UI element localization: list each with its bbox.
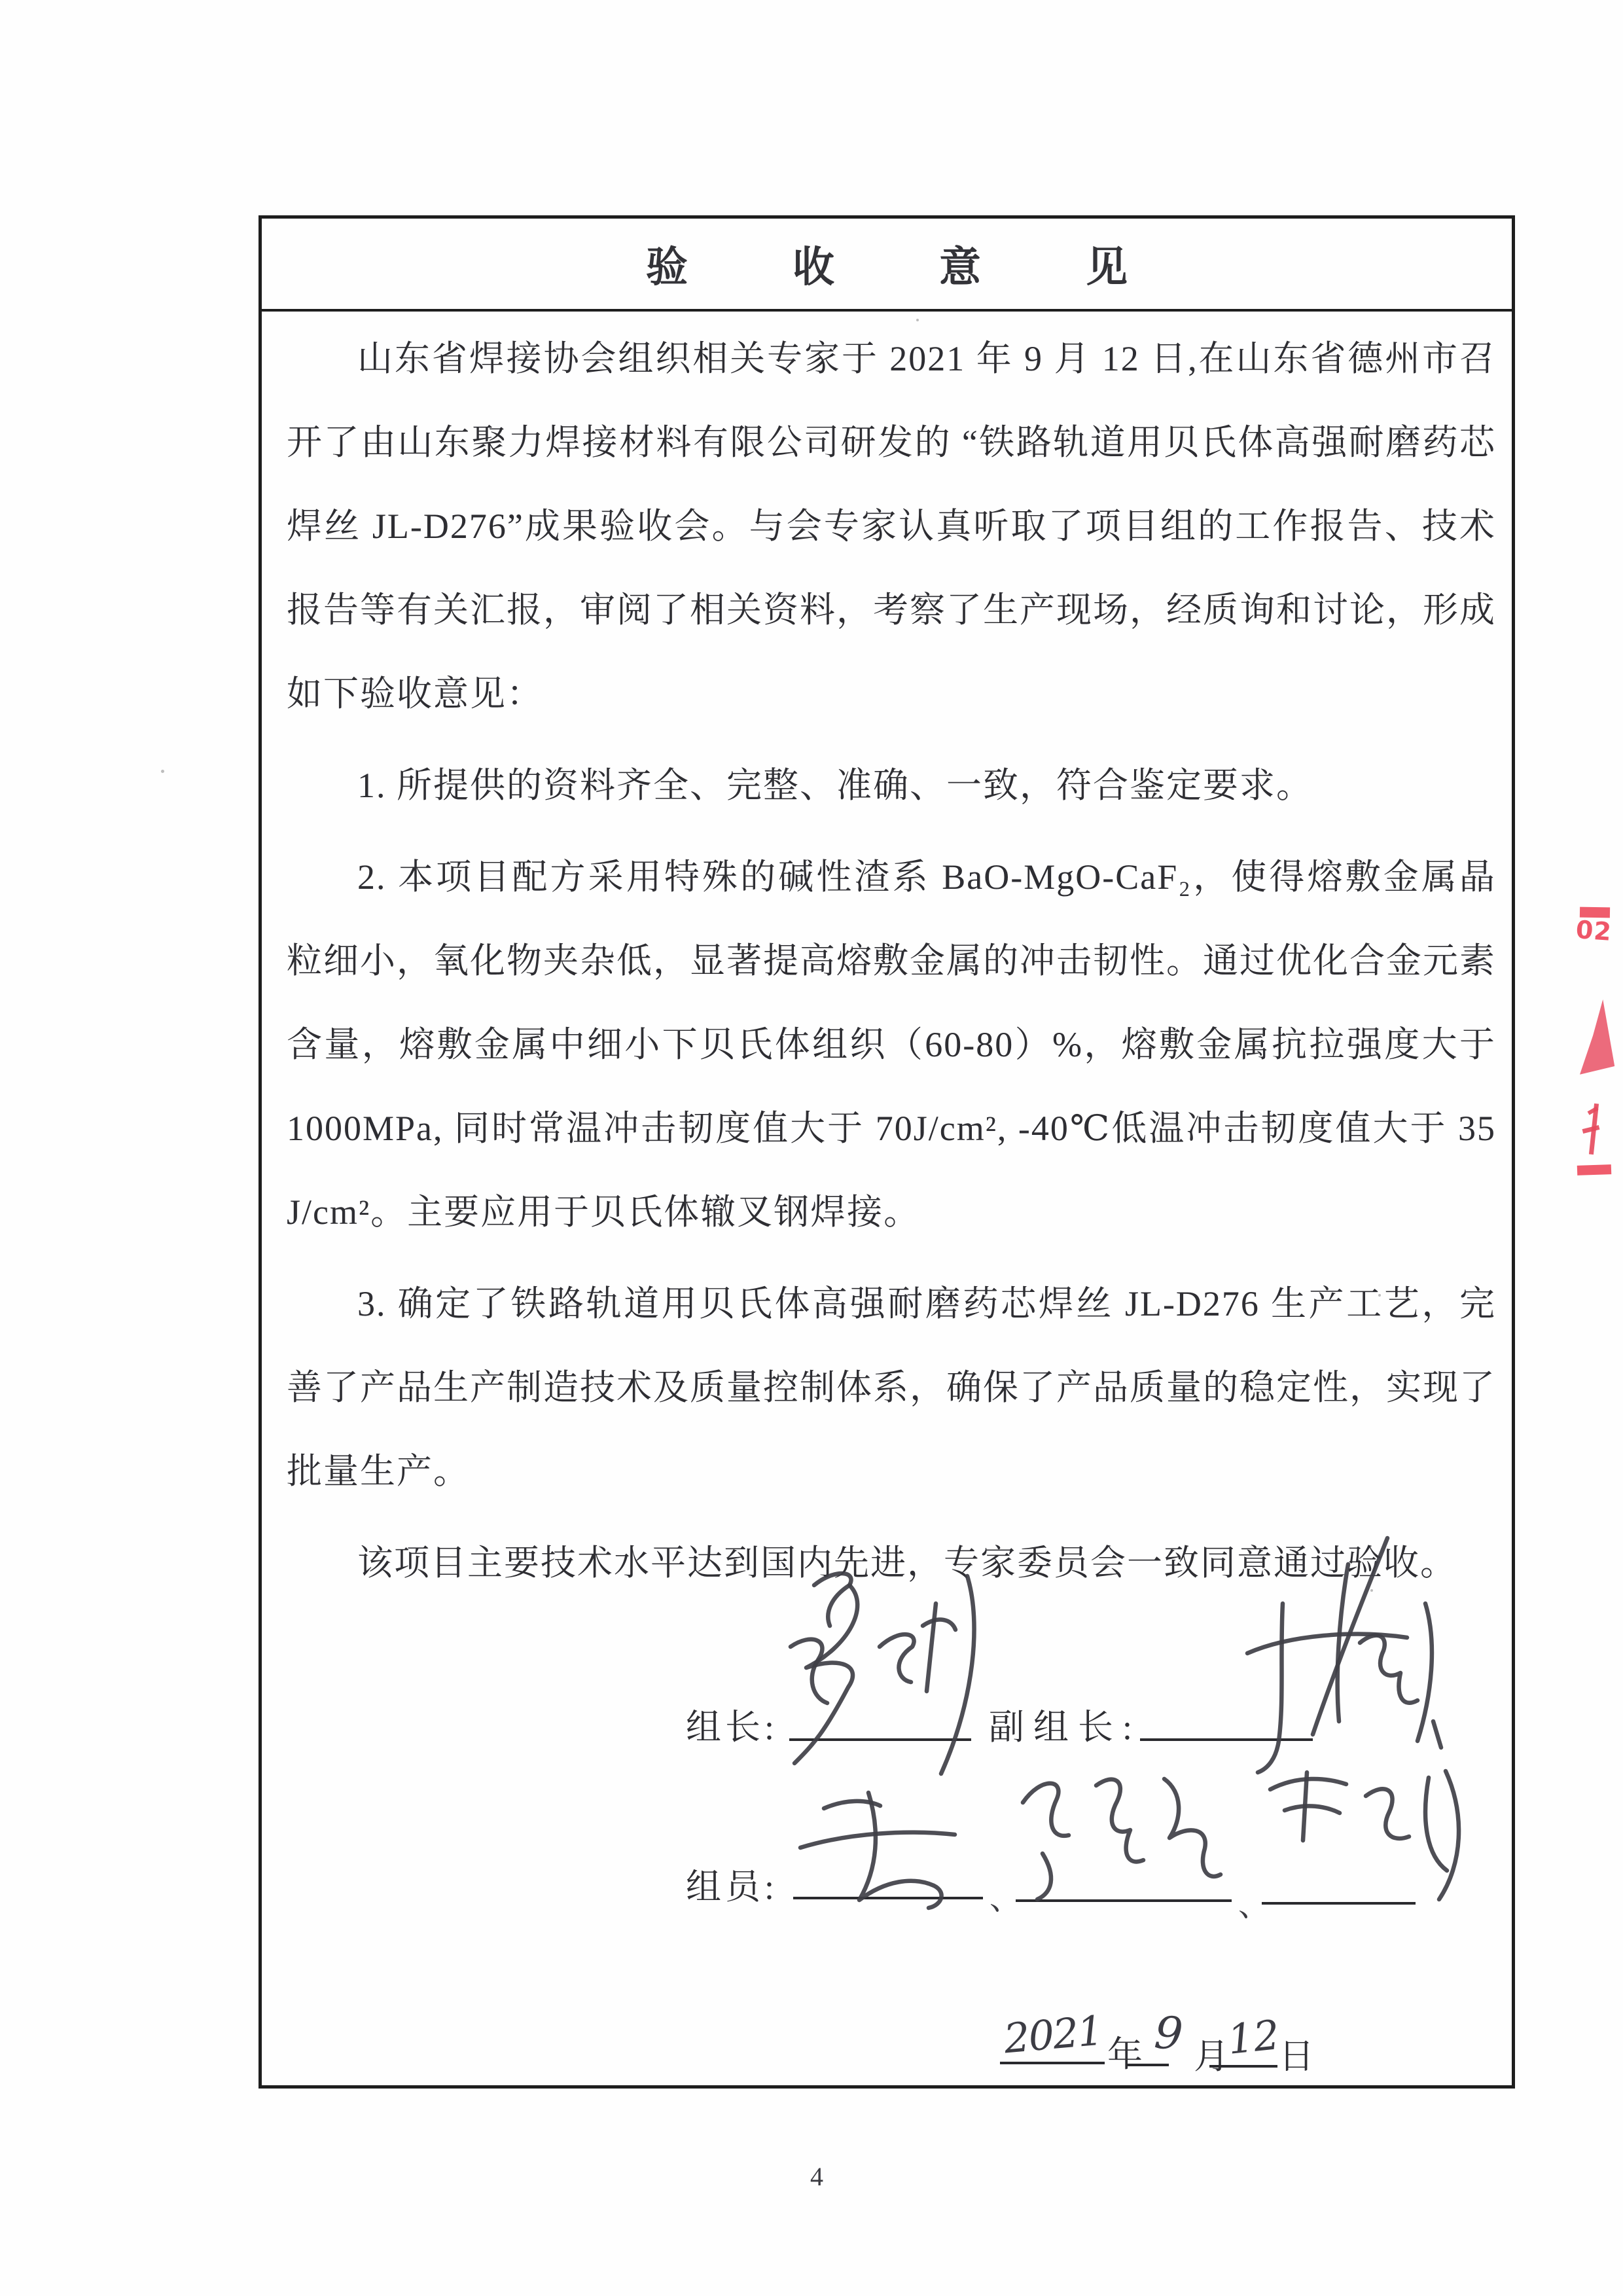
- deputy-signature: [1185, 1525, 1459, 1780]
- date-month-label: 月: [1194, 2028, 1229, 2079]
- members-label: 组员:: [686, 1859, 778, 1909]
- stamp-fragment-code: 02: [1575, 915, 1613, 946]
- member-signature-3: [1247, 1754, 1463, 1914]
- member-signature-1: [782, 1770, 985, 1911]
- date-day-line: [1209, 2065, 1277, 2068]
- deputy-leader-label: 副组长:: [989, 1699, 1141, 1749]
- paragraph-item-3: 3. 确定了铁路轨道用贝氏体高强耐磨药芯焊丝 JL-D276 生产工艺，完善了产…: [287, 1262, 1496, 1513]
- scanned-document-page: 验收意见 山东省焊接协会组织相关专家于 2021 年 9 月 12 日,在山东省…: [0, 0, 1623, 2296]
- title-band: 验收意见: [262, 219, 1512, 312]
- scan-speck: [161, 770, 164, 773]
- paragraph-item-2: 2. 本项目配方采用特殊的碱性渣系 BaO-MgO-CaF₂，使得熔敷金属晶粒细…: [287, 835, 1496, 1254]
- page-number: 4: [810, 2161, 823, 2192]
- member-signature-2: [1005, 1761, 1221, 1914]
- body-content: 山东省焊接协会组织相关专家于 2021 年 9 月 12 日,在山东省德州市召开…: [262, 312, 1512, 1605]
- date-year-label: 年: [1107, 2026, 1143, 2077]
- stamp-fragment-glyph: [1582, 1103, 1605, 1158]
- leader-signature: [751, 1563, 987, 1779]
- stamp-fragment-bar-bottom: [1577, 1164, 1611, 1175]
- date-month-handwritten: 9: [1152, 2007, 1185, 2061]
- scan-speck: [916, 319, 919, 321]
- paragraph-intro: 山东省焊接协会组织相关专家于 2021 年 9 月 12 日,在山东省德州市召开…: [287, 317, 1496, 736]
- date-day-label: 日: [1279, 2028, 1314, 2079]
- stamp-fragment-arrow: [1575, 999, 1615, 1074]
- date-year-line: [1000, 2062, 1105, 2064]
- page-title: 验收意见: [646, 234, 1232, 294]
- date-day-handwritten: 12: [1225, 2011, 1281, 2064]
- scan-speck: [1370, 1589, 1373, 1592]
- date-month-line: [1126, 2064, 1169, 2066]
- paragraph-item-1: 1. 所提供的资料齐全、完整、准确、一致，符合鉴定要求。: [287, 744, 1496, 827]
- scan-speck: [1378, 1294, 1381, 1297]
- date-year-handwritten: 2021: [1002, 2007, 1104, 2063]
